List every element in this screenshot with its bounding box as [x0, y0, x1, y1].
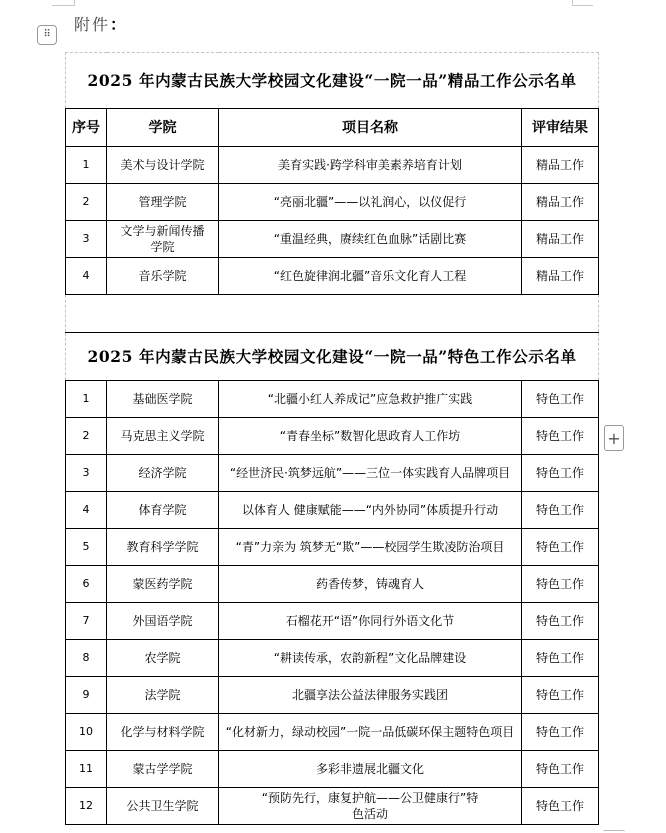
cell-result: 特色工作 — [522, 455, 599, 492]
cell-project: “重温经典，赓续红色血脉”话剧比赛 — [219, 221, 522, 258]
cell-project: 石榴花开“语”你同行外语文化节 — [219, 603, 522, 640]
cell-no: 9 — [66, 677, 107, 714]
section-title-characteristic: 2025 年内蒙古民族大学校园文化建设“一院一品”特色工作公示名单 — [66, 333, 599, 381]
cell-college: 农学院 — [107, 640, 219, 677]
cell-result: 特色工作 — [522, 677, 599, 714]
table-row: 7 外国语学院 石榴花开“语”你同行外语文化节 特色工作 — [66, 603, 599, 640]
cell-project: 药香传梦，铸魂育人 — [219, 566, 522, 603]
spacer-cell — [66, 295, 599, 333]
cell-no: 4 — [66, 258, 107, 295]
table-row: 5 教育科学学院 “青”力亲为 筑梦无“欺”——校园学生欺凌防治项目 特色工作 — [66, 529, 599, 566]
cell-college: 音乐学院 — [107, 258, 219, 295]
table-row: 3 经济学院 “经世济民·筑梦远航”——三位一体实践育人品牌项目 特色工作 — [66, 455, 599, 492]
cell-result: 精品工作 — [522, 147, 599, 184]
cell-result: 特色工作 — [522, 529, 599, 566]
cell-college: 管理学院 — [107, 184, 219, 221]
cell-result: 特色工作 — [522, 751, 599, 788]
cell-project: “耕读传承，农韵新程”文化品牌建设 — [219, 640, 522, 677]
table-row: 2 马克思主义学院 “青春坐标”数智化思政育人工作坊 特色工作 — [66, 418, 599, 455]
table-title-row-featured: 2025 年内蒙古民族大学校园文化建设“一院一品”精品工作公示名单 — [66, 53, 599, 109]
table-move-handle[interactable]: ⠿ — [37, 25, 57, 45]
cell-college: 体育学院 — [107, 492, 219, 529]
cell-project: “经世济民·筑梦远航”——三位一体实践育人品牌项目 — [219, 455, 522, 492]
cell-result: 精品工作 — [522, 258, 599, 295]
table-row: 1 美术与设计学院 美育实践·跨学科审美素养培育计划 精品工作 — [66, 147, 599, 184]
table-row: 3 文学与新闻传播学院 “重温经典，赓续红色血脉”话剧比赛 精品工作 — [66, 221, 599, 258]
cell-college: 蒙医药学院 — [107, 566, 219, 603]
cell-no: 7 — [66, 603, 107, 640]
attachment-label: 附件： — [74, 12, 128, 35]
cell-project: 北疆享法公益法律服务实践团 — [219, 677, 522, 714]
section-title-featured: 2025 年内蒙古民族大学校园文化建设“一院一品”精品工作公示名单 — [66, 53, 599, 109]
page-corner-marker-right — [572, 0, 593, 6]
cell-project: 美育实践·跨学科审美素养培育计划 — [219, 147, 522, 184]
cell-no: 2 — [66, 184, 107, 221]
cell-no: 8 — [66, 640, 107, 677]
attachment-label-text: 附件 — [74, 15, 110, 34]
cell-result: 特色工作 — [522, 418, 599, 455]
cell-no: 12 — [66, 788, 107, 825]
table-title-row-characteristic: 2025 年内蒙古民族大学校园文化建设“一院一品”特色工作公示名单 — [66, 333, 599, 381]
cell-no: 1 — [66, 147, 107, 184]
table-row: 2 管理学院 “亮丽北疆”——以礼润心，以仪促行 精品工作 — [66, 184, 599, 221]
cell-project: 以体育人 健康赋能——“内外协同”体质提升行动 — [219, 492, 522, 529]
cell-college: 经济学院 — [107, 455, 219, 492]
cell-result: 特色工作 — [522, 381, 599, 418]
table-row: 12 公共卫生学院 “预防先行，康复护航——公卫健康行”特色活动 特色工作 — [66, 788, 599, 825]
cell-no: 11 — [66, 751, 107, 788]
attachment-colon: ： — [110, 15, 128, 34]
cell-result: 特色工作 — [522, 640, 599, 677]
cell-no: 3 — [66, 455, 107, 492]
cell-result: 精品工作 — [522, 221, 599, 258]
header-project: 项目名称 — [219, 109, 522, 147]
header-no: 序号 — [66, 109, 107, 147]
cell-project: “红色旋律润北疆”音乐文化育人工程 — [219, 258, 522, 295]
cell-college: 基础医学院 — [107, 381, 219, 418]
table-row: 11 蒙古学学院 多彩非遗展北疆文化 特色工作 — [66, 751, 599, 788]
cell-project: “北疆小红人养成记”应急救护推广实践 — [219, 381, 522, 418]
table-row: 4 音乐学院 “红色旋律润北疆”音乐文化育人工程 精品工作 — [66, 258, 599, 295]
cell-college: 法学院 — [107, 677, 219, 714]
cell-college: 蒙古学学院 — [107, 751, 219, 788]
table-row: 6 蒙医药学院 药香传梦，铸魂育人 特色工作 — [66, 566, 599, 603]
cell-result: 精品工作 — [522, 184, 599, 221]
table-header-row: 序号 学院 项目名称 评审结果 — [66, 109, 599, 147]
cell-no: 4 — [66, 492, 107, 529]
cell-project: “预防先行，康复护航——公卫健康行”特色活动 — [219, 788, 522, 825]
cell-no: 2 — [66, 418, 107, 455]
cell-college: 美术与设计学院 — [107, 147, 219, 184]
plus-icon: + — [607, 429, 620, 448]
cell-result: 特色工作 — [522, 566, 599, 603]
header-result: 评审结果 — [522, 109, 599, 147]
table-row: 9 法学院 北疆享法公益法律服务实践团 特色工作 — [66, 677, 599, 714]
table-spacer-row — [66, 295, 599, 333]
cell-college: 化学与材料学院 — [107, 714, 219, 751]
cell-project: 多彩非遗展北疆文化 — [219, 751, 522, 788]
announcement-table: 2025 年内蒙古民族大学校园文化建设“一院一品”精品工作公示名单 序号 学院 … — [65, 52, 599, 825]
table-row: 8 农学院 “耕读传承，农韵新程”文化品牌建设 特色工作 — [66, 640, 599, 677]
drag-grip-icon: ⠿ — [43, 30, 50, 40]
cell-project: “青春坐标”数智化思政育人工作坊 — [219, 418, 522, 455]
cell-college: 文学与新闻传播学院 — [107, 221, 219, 258]
cell-no: 5 — [66, 529, 107, 566]
page-corner-marker-left — [52, 0, 75, 6]
table-row: 1 基础医学院 “北疆小红人养成记”应急救护推广实践 特色工作 — [66, 381, 599, 418]
cell-result: 特色工作 — [522, 788, 599, 825]
cell-no: 10 — [66, 714, 107, 751]
table-row: 4 体育学院 以体育人 健康赋能——“内外协同”体质提升行动 特色工作 — [66, 492, 599, 529]
cell-college: 公共卫生学院 — [107, 788, 219, 825]
cell-project: “亮丽北疆”——以礼润心，以仪促行 — [219, 184, 522, 221]
cell-no: 3 — [66, 221, 107, 258]
cell-college: 外国语学院 — [107, 603, 219, 640]
cell-result: 特色工作 — [522, 603, 599, 640]
cell-no: 6 — [66, 566, 107, 603]
header-college: 学院 — [107, 109, 219, 147]
cell-result: 特色工作 — [522, 714, 599, 751]
cell-college: 教育科学学院 — [107, 529, 219, 566]
cell-project: “青”力亲为 筑梦无“欺”——校园学生欺凌防治项目 — [219, 529, 522, 566]
cell-project: “化材新力，绿动校园”一院一品低碳环保主题特色项目 — [219, 714, 522, 751]
cell-college: 马克思主义学院 — [107, 418, 219, 455]
table-row: 10 化学与材料学院 “化材新力，绿动校园”一院一品低碳环保主题特色项目 特色工… — [66, 714, 599, 751]
cell-no: 1 — [66, 381, 107, 418]
add-row-button[interactable]: + — [604, 425, 624, 451]
cell-result: 特色工作 — [522, 492, 599, 529]
